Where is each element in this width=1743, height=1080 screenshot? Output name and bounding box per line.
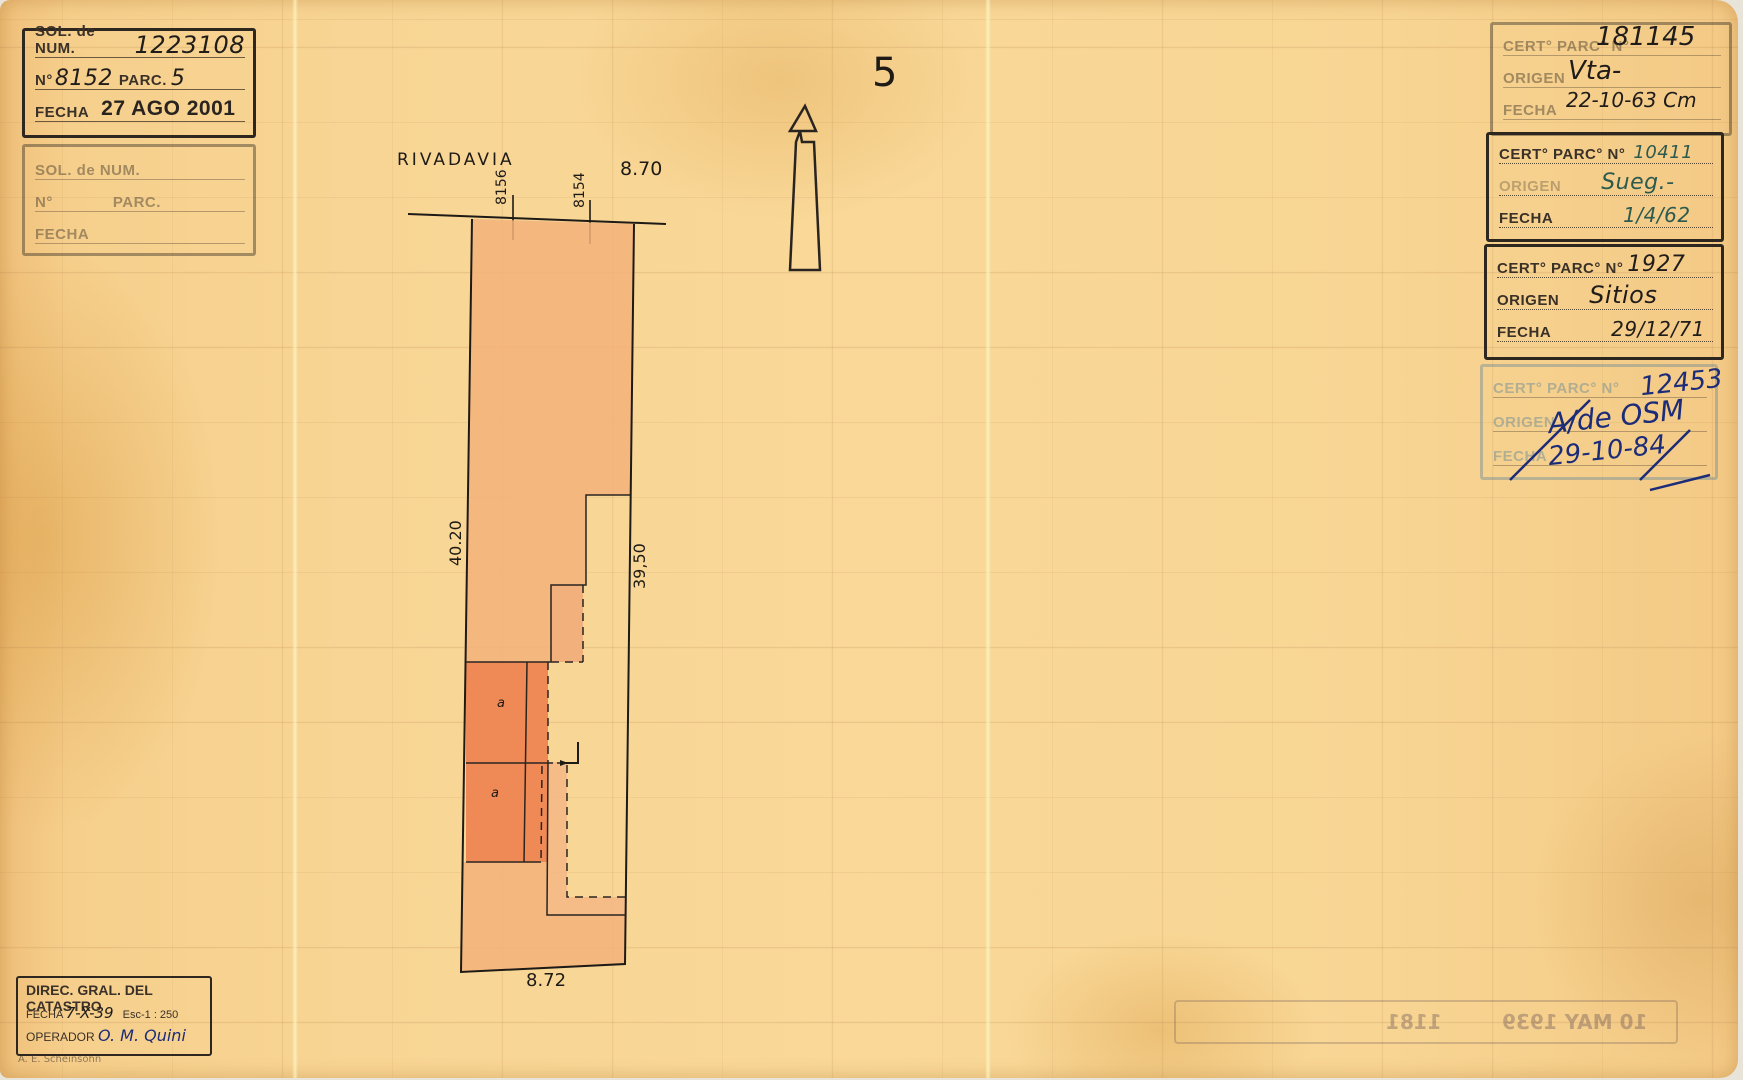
room-label-lower: a [491,786,499,801]
lot-plan [0,0,1743,1080]
room-label-upper: a [497,696,505,711]
street-name: RIVADAVIA [397,150,515,170]
north-arrow-icon [790,106,820,270]
built-area-rear [461,862,626,972]
neighbor-number-right: 8154 [572,172,588,208]
left-depth: 40.20 [446,520,465,566]
room-a-dark [466,662,548,862]
small-room [551,585,583,662]
neighbor-number-left: 8156 [494,169,510,205]
back-width: 8.72 [526,970,566,991]
cadastral-card: 5 SOL. de NUM. 1223108 N° 8152 PARC. 5 F… [0,0,1738,1078]
passage-strip [547,762,625,915]
right-depth: 39,50 [630,543,649,589]
built-area-front [466,219,634,662]
front-width: 8.70 [620,158,662,180]
